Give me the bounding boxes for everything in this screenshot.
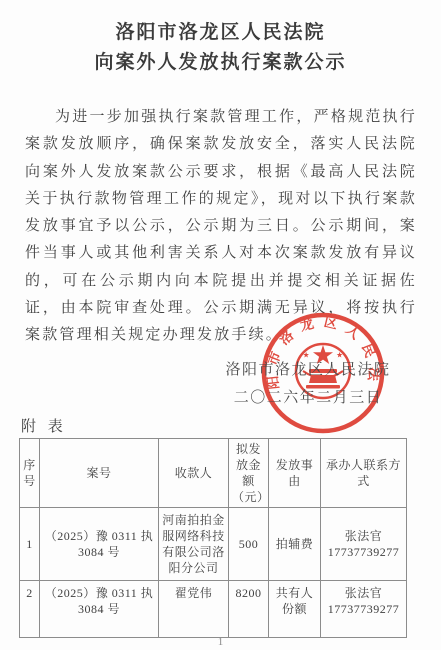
attachment-table-label: 附 表 — [21, 415, 67, 436]
contact-phone: 17737739277 — [324, 544, 403, 560]
cell-amount: 500 — [229, 508, 269, 581]
cell-case-number: （2025）豫 0311 执 3084 号 — [40, 508, 159, 581]
cell-contact: 张法官 17737739277 — [321, 581, 407, 638]
table-header-row: 序号 案号 收款人 拟发放金额（元） 发放事由 承办人联系方式 — [20, 439, 407, 508]
cell-payee: 河南拍拍金服网络科技有限公司洛阳分公司 — [159, 508, 229, 581]
table-row: 1 （2025）豫 0311 执 3084 号 河南拍拍金服网络科技有限公司洛阳… — [20, 508, 407, 581]
cell-row-number: 2 — [20, 581, 40, 638]
page-number: 1 — [218, 636, 224, 648]
cell-reason: 拍辅费 — [269, 508, 321, 581]
table-row: 2 （2025）豫 0311 执 3084 号 翟党伟 8200 共有人份额 张… — [20, 581, 407, 638]
title-notice-name: 向案外人发放执行案款公示 — [0, 48, 441, 78]
header-案号: 案号 — [40, 439, 159, 508]
title-court-name: 洛阳市洛龙区人民法院 — [0, 18, 441, 48]
cell-payee: 翟党伟 — [159, 581, 229, 638]
document-title: 洛阳市洛龙区人民法院 向案外人发放执行案款公示 — [0, 18, 441, 78]
header-承办人联系方式: 承办人联系方式 — [321, 439, 407, 508]
contact-phone: 17737739277 — [324, 601, 403, 617]
signature-date: 二〇二六年二月三日 — [190, 384, 426, 412]
contact-name: 张法官 — [324, 528, 403, 544]
contact-name: 张法官 — [324, 585, 403, 601]
cell-reason: 共有人份额 — [269, 581, 321, 638]
signature-block: 洛阳市洛龙区人民法院 二〇二六年二月三日 — [190, 356, 426, 412]
header-序号: 序号 — [20, 439, 40, 508]
cell-row-number: 1 — [20, 508, 40, 581]
header-收款人: 收款人 — [159, 439, 229, 508]
cell-amount: 8200 — [229, 581, 269, 638]
case-payment-table: 序号 案号 收款人 拟发放金额（元） 发放事由 承办人联系方式 1 （2025）… — [19, 438, 407, 638]
header-拟发放金额: 拟发放金额（元） — [229, 439, 269, 508]
court-notice-document: 洛阳市洛龙区人民法院 向案外人发放执行案款公示 为进一步加强执行案款管理工作，严… — [0, 0, 441, 650]
header-发放事由: 发放事由 — [269, 439, 321, 508]
signature-court-name: 洛阳市洛龙区人民法院 — [190, 356, 426, 384]
cell-contact: 张法官 17737739277 — [321, 508, 407, 581]
cell-case-number: （2025）豫 0311 执 3084 号 — [40, 581, 159, 638]
